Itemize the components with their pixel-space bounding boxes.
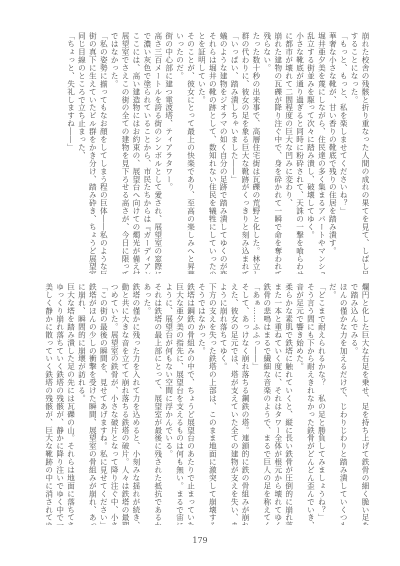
text-line: ゆっくり崩れ落ちていく鉄塔の残骸が、静かに降り注いでゆく中で一つ十字を作った。: [54, 283, 65, 525]
text-line: それらは堀井の靴の跡として、数知れない住民を犠牲にしていったのだ。: [206, 32, 217, 274]
text-line: 「この街の最後の瞬間を、見せてあげますね。私に見せてください」: [97, 283, 108, 525]
text-line: たった数十秒の出来事で、高層住宅街は瓦礫の荒野と化した。林立してた建物: [250, 32, 261, 274]
text-line: そう言う間にも下から耐えきれなかった鉄骨がどんどん歪んでいき、鉄骨が悲鳴を上げる: [305, 283, 316, 525]
text-line: することになった。: [348, 32, 359, 274]
text-line: 展望室でさえこの街の全ての建物を見下ろせる高さが、今日に限ってはそう: [119, 32, 130, 274]
lower-text-block: 爛円と化した巨大な右足を乗せ、足を持ち上げて鉄骨の細く脆い足を蹂躙の階段で踏み込…: [30, 283, 370, 525]
text-line: 動と共に大きな音を立てて崩れ落ちる鉄塔の破片。人々は鉄塔の最期を見届けるように見: [119, 283, 130, 525]
text-line: 同じ目線のところで立ち止まった、: [76, 32, 87, 274]
text-line: 「ちょっと、失礼しますね――」: [65, 32, 76, 274]
text-line: とを証明していた。: [196, 32, 207, 274]
text-line: 崩れた建物の瓦礫が降り注ぐ中で、身を砕かれて一瞬で命を奪われて、瓦礫すら: [272, 32, 283, 274]
upper-text-block: 崩れた校舎の残骸と折り重なった人間の成れの果てを見て、しばし呆然とする少女。自分…: [30, 32, 370, 274]
text-line: 群の代わりに、彼女の足を象る巨大な靴跡がくっきりと刻み込まれていた。: [239, 32, 250, 274]
text-line: ように、展望台が何もない空間に浮かんでいる。: [163, 283, 174, 525]
text-line: 小さな靴底が通り過ぎると同時に粉砕されて、天誅の一撃を喰らわせれば、瞬間的: [294, 32, 305, 274]
text-line: 美しく静かに散っていく鉄塔の残骸が、巨大な靴跡の中に消されてゆくように。: [43, 283, 54, 525]
text-line: 「もっと、もっと、私を楽しませてくださいね？」: [337, 32, 348, 274]
text-line: 柔らかな素肌で鉄塔に触れていくと、縦に長い鉄骨が圧倒的に崩れ落ちていく様が感じら…: [283, 283, 294, 525]
text-line: 音が足元で響き始めた。: [294, 283, 305, 525]
text-line: 巨大な塔を踏み潰した足の先には瓦礫の山。それらは地面に落ちてさらに小さく砕けてゆ…: [65, 283, 76, 525]
text-line: 「私の姿勢に揃ってもなお顔をしてしまう程の巨体――私のような巨人で、精神にも優し…: [97, 32, 108, 274]
text-line: ほんの僅かな力を加えるだけで、じわりじわりと踏み潰していくつもり: [337, 283, 348, 525]
text-line: 残らない。: [261, 32, 272, 274]
text-line: 「あぁ……ふふっ――」: [250, 283, 261, 525]
text-line: 街の真下に生えていたビル群をかき分け、踏み砕き、ちょうど展望室の高さと: [86, 32, 97, 274]
text-line: つめていた。展望室の鉄骨が、小さな破片となって降り注ぐ中、小さく呟いた。: [108, 283, 119, 525]
text-line: 下方の支えを失った鉄塔の上部は、このまま地面に激突して崩壊するかと思われたが: [206, 283, 217, 525]
text-line: に崩れ、瞬間的に崩壊が訪れる。: [76, 283, 87, 525]
text-line: えた、彼女の足元では、塔が支えていた全ての建物が支えを失い、まるで積み木を崩した: [228, 283, 239, 525]
text-line: 蟻のような建物をジオラマの如く自分の足跡で踏み潰してゆくのが楽しくて仕方ない、: [217, 32, 228, 274]
text-line: そのことが、彼女にとって最上の快楽であり、至高の楽しみへと昇華させて: [185, 32, 196, 274]
text-line: ように崩れ落ちてゆく。: [217, 283, 228, 525]
text-line: そして、あっけなく崩れ落ちる鋼鉄の塔。連鎖的に鉄の骨組みが崩れ落ちて: [239, 283, 250, 525]
text-line: 堀井亜夕美を蔑にしながら、住民達の多く集まるアパートやマンションが: [315, 32, 326, 274]
text-line: 崩れた校舎の残骸と折り重なった人間の成れの果てを見て、しばし呆然とする少女。自分…: [359, 32, 370, 274]
text-line: 爛円と化した巨大な右足を乗せ、足を持ち上げて鉄骨の細く脆い足を蹂躙の階段: [359, 283, 370, 525]
text-line: 「どこまで耐えられるかな？ 私の足と勝負してみましょうね？」: [315, 283, 326, 525]
text-line: 鉄骨の悲鳴はまるで繊細な音楽のようで、まるで巨人の足を称えてくれているようだ。: [261, 283, 272, 525]
text-line: 巨大な亜夕美の指先に、展望台を支えるものは何も無い。まるで宙に浮いたかの: [174, 283, 185, 525]
text-line: で踏み込んでみる。: [348, 283, 359, 525]
text-line: あった。: [141, 283, 152, 525]
text-line: 鉄塔がほんの少しの衝撃を受けた瞬間、展望室の骨組みが崩れ、あっという間に鉄塔が崩…: [86, 283, 97, 525]
text-line: 「いっぱい、踏み潰しちゃいました――」: [228, 32, 239, 274]
text-line: そうではなかった。: [196, 283, 207, 525]
text-line: それは鉄塔の最上部にとって、展望室が最後に残された抵抗であるかのようで: [152, 283, 163, 525]
text-line: 鉄塔の僅かに残った力を入れて力を込めると、小刻みな揺れが続き、大きな震: [130, 283, 141, 525]
text-line: 高さ三百メートルを誇る街のシンボルとして愛され、展望室の窓際になるま: [152, 32, 163, 274]
text-line: だ。: [326, 283, 337, 525]
text-line: 鉄塔は鋼鉄の骨組みの中で、ちょうど展望台のあたりで止まっていた。: [185, 283, 196, 525]
text-line: ここには、高い建造物にはお約束の、展望台へ向けての燭光が備え付けられている。: [130, 32, 141, 274]
text-line: いったのだ。: [174, 32, 185, 274]
text-line: ではなかった。: [108, 32, 119, 274]
text-line: また一本と重ねていく度に、それはタワー全体が根元から壊れてゆくことになる。: [272, 283, 283, 525]
text-line: 街の中心部に建つ電波塔、ティアラタワー。: [163, 32, 174, 274]
text-line: 乱立する街並みを駆って次々に踏み潰し、破壊してゆく。: [305, 32, 316, 274]
page-number: 179: [0, 536, 400, 545]
text-line: 華奢な小さな靴が、甘い香りの靴底で残りの住居を踏み潰す。: [326, 32, 337, 274]
text-line: で濃い灰色で塗られていることから、市民たちからは『ガーディアン』と呼ばれていた。: [141, 32, 152, 274]
text-line: に都市が壊れて二間程度の巨大な凹みに変わり、: [283, 32, 294, 274]
